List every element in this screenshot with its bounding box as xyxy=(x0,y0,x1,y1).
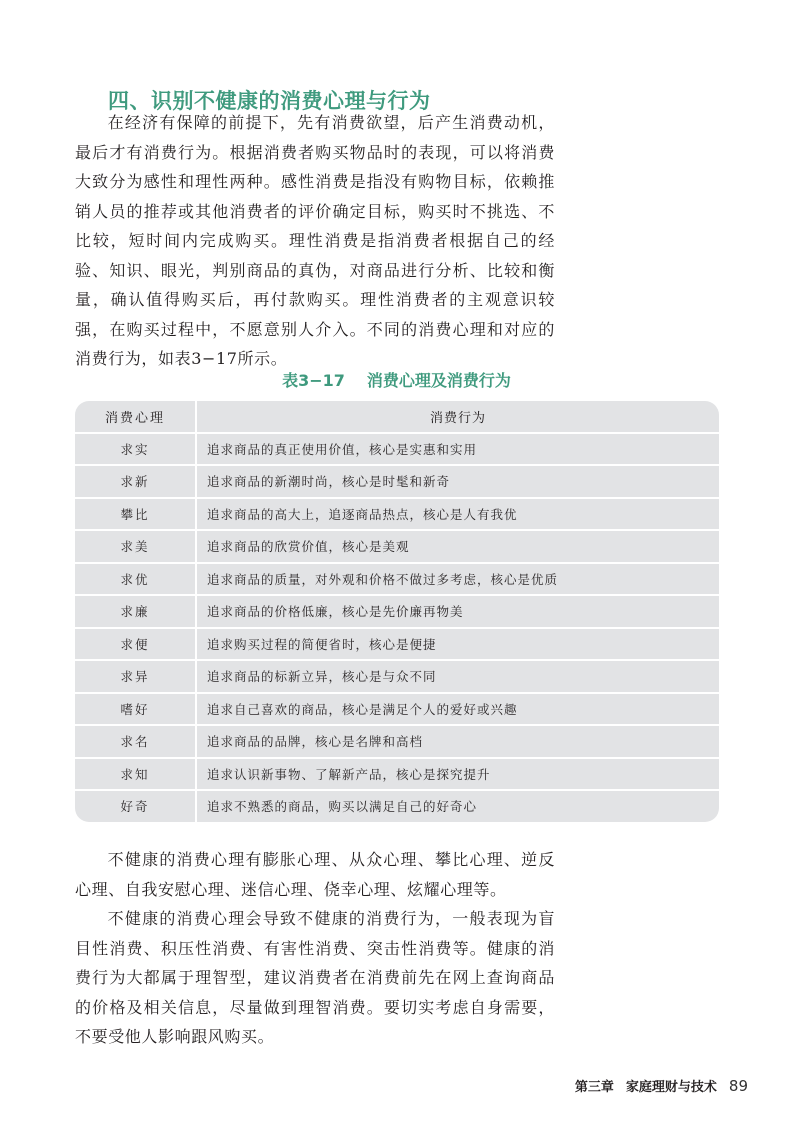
header-psychology: 消费心理 xyxy=(75,401,195,432)
behavior-cell: 追求商品的价格低廉，核心是先价廉再物美 xyxy=(197,596,719,627)
psychology-cell: 求美 xyxy=(75,531,195,562)
table-row: 求优 追求商品的质量，对外观和价格不做过多考虑，核心是优质 xyxy=(75,564,719,595)
header-behavior: 消费行为 xyxy=(197,401,719,432)
chapter-title: 家庭理财与技术 xyxy=(626,1080,717,1095)
table-header-row: 消费心理 消费行为 xyxy=(75,401,719,432)
body-paragraph: 不健康的消费心理会导致不健康的消费行为，一般表现为盲目性消费、积压性消费、有害性… xyxy=(75,904,555,1052)
psychology-cell: 求便 xyxy=(75,629,195,660)
paragraph-text: 在经济有保障的前提下，先有消费欲望，后产生消费动机，最后才有消费行为。根据消费者… xyxy=(75,113,555,368)
behavior-cell: 追求认识新事物、了解新产品，核心是探究提升 xyxy=(197,759,719,790)
table-row: 求名 追求商品的品牌，核心是名牌和高档 xyxy=(75,726,719,757)
table-row: 求便 追求购买过程的简便省时，核心是便捷 xyxy=(75,629,719,660)
psychology-cell: 求实 xyxy=(75,434,195,465)
body-paragraph: 在经济有保障的前提下，先有消费欲望，后产生消费动机，最后才有消费行为。根据消费者… xyxy=(75,108,555,374)
table-row: 求美 追求商品的欣赏价值，核心是美观 xyxy=(75,531,719,562)
behavior-cell: 追求不熟悉的商品，购买以满足自己的好奇心 xyxy=(197,791,719,822)
table-number: 表3−17 xyxy=(282,371,345,390)
behavior-cell: 追求商品的高大上，追逐商品热点，核心是人有我优 xyxy=(197,499,719,530)
table-row: 求实 追求商品的真正使用价值，核心是实惠和实用 xyxy=(75,434,719,465)
behavior-cell: 追求商品的标新立异，核心是与众不同 xyxy=(197,661,719,692)
table-row: 求新 追求商品的新潮时尚，核心是时髦和新奇 xyxy=(75,466,719,497)
psychology-cell: 求廉 xyxy=(75,596,195,627)
table-row: 攀比 追求商品的高大上，追逐商品热点，核心是人有我优 xyxy=(75,499,719,530)
behavior-cell: 追求商品的品牌，核心是名牌和高档 xyxy=(197,726,719,757)
table-row: 好奇 追求不熟悉的商品，购买以满足自己的好奇心 xyxy=(75,791,719,822)
psychology-cell: 求优 xyxy=(75,564,195,595)
paragraph-text: 不健康的消费心理有膨胀心理、从众心理、攀比心理、逆反心理、自我安慰心理、迷信心理… xyxy=(75,850,555,899)
behavior-cell: 追求商品的新潮时尚，核心是时髦和新奇 xyxy=(197,466,719,497)
consumption-psychology-table: 消费心理 消费行为 求实 追求商品的真正使用价值，核心是实惠和实用 求新 追求商… xyxy=(75,401,719,822)
behavior-cell: 追求自己喜欢的商品，核心是满足个人的爱好或兴趣 xyxy=(197,694,719,725)
page-footer: 第三章家庭理财与技术89 xyxy=(575,1076,748,1095)
table-caption: 表3−17消费心理及消费行为 xyxy=(0,368,793,391)
table-title: 消费心理及消费行为 xyxy=(367,371,511,390)
psychology-cell: 求异 xyxy=(75,661,195,692)
behavior-cell: 追求商品的欣赏价值，核心是美观 xyxy=(197,531,719,562)
psychology-cell: 求新 xyxy=(75,466,195,497)
body-paragraph: 不健康的消费心理有膨胀心理、从众心理、攀比心理、逆反心理、自我安慰心理、迷信心理… xyxy=(75,845,555,904)
psychology-cell: 求知 xyxy=(75,759,195,790)
page-number: 89 xyxy=(729,1077,748,1095)
behavior-cell: 追求商品的质量，对外观和价格不做过多考虑，核心是优质 xyxy=(197,564,719,595)
table-row: 求异 追求商品的标新立异，核心是与众不同 xyxy=(75,661,719,692)
psychology-cell: 攀比 xyxy=(75,499,195,530)
behavior-cell: 追求购买过程的简便省时，核心是便捷 xyxy=(197,629,719,660)
behavior-cell: 追求商品的真正使用价值，核心是实惠和实用 xyxy=(197,434,719,465)
chapter-label: 第三章 xyxy=(575,1080,614,1095)
psychology-cell: 好奇 xyxy=(75,791,195,822)
psychology-cell: 嗜好 xyxy=(75,694,195,725)
table-row: 嗜好 追求自己喜欢的商品，核心是满足个人的爱好或兴趣 xyxy=(75,694,719,725)
table-row: 求知 追求认识新事物、了解新产品，核心是探究提升 xyxy=(75,759,719,790)
psychology-cell: 求名 xyxy=(75,726,195,757)
table-row: 求廉 追求商品的价格低廉，核心是先价廉再物美 xyxy=(75,596,719,627)
paragraph-text: 不健康的消费心理会导致不健康的消费行为，一般表现为盲目性消费、积压性消费、有害性… xyxy=(75,909,555,1046)
